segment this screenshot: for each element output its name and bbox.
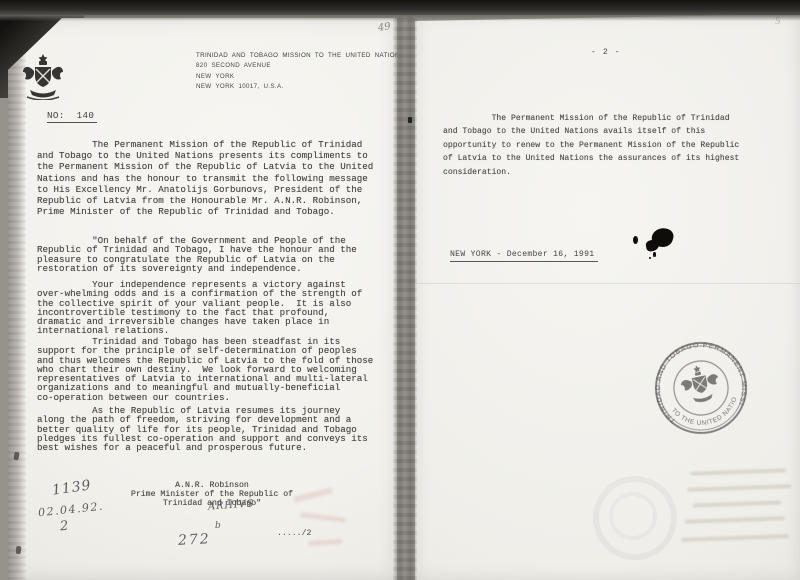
text-line: Prime Minister of the Republic of Trinid… (37, 206, 373, 217)
reference-number: NO: 140 (47, 110, 97, 123)
text-line: A.N.R. Robinson (121, 481, 303, 490)
text-line: the Permanent Mission of the Republic of… (37, 161, 373, 172)
letter-page-2: - 2 - 5 The Permanent Mission of the Rep… (415, 14, 800, 580)
ink-blot-speck (649, 257, 651, 259)
text-line: to His Excellency Mr. Anatolijs Gorbunov… (37, 184, 373, 195)
text-line: international relations. (37, 326, 362, 335)
paragraph-5: As the Republic of Latvia resumes its jo… (37, 406, 368, 452)
page-seam (393, 0, 417, 580)
ink-bleedthrough (308, 539, 342, 546)
text-line: The Permanent Mission of the Republic of… (37, 139, 373, 150)
bleedthrough-stamp (593, 476, 677, 560)
letter-page-1: TRINIDAD AND TOBAGO MISSION TO THE UNITE… (8, 18, 397, 580)
letterhead: TRINIDAD AND TOBAGO MISSION TO THE UNITE… (196, 51, 404, 93)
letterhead-org: TRINIDAD AND TOBAGO MISSION TO THE UNITE… (196, 51, 404, 61)
bleedthrough-writing (681, 534, 789, 542)
bleedthrough-writing (690, 468, 786, 475)
text-line: co-operation between our countries. (37, 393, 373, 402)
text-line: The Permanent Mission of the Republic of… (443, 112, 739, 125)
ink-bleedthrough (300, 512, 346, 523)
letterhead-address-2: NEW YORK (196, 72, 404, 82)
paragraph-2: "On behalf of the Government and People … (37, 236, 357, 273)
ink-blot (630, 224, 685, 279)
paragraph-1: The Permanent Mission of the Republic of… (37, 139, 373, 217)
scanner-bed-top (0, 0, 800, 15)
text-line: opportunity to renew to the Permanent Mi… (443, 139, 739, 152)
ink-blot-blob (645, 239, 660, 252)
coat-of-arms-icon (22, 54, 64, 100)
dateline: NEW YORK - December 16, 1991 (450, 250, 598, 259)
pencil-page-mark: 49 (377, 21, 391, 34)
mission-seal-stamp-icon: TRINIDAD AND TOBAGO PERMANENT MISSION TO… (636, 323, 766, 453)
closing-paragraph: The Permanent Mission of the Republic of… (443, 112, 739, 179)
paragraph-3: Your independence represents a victory a… (37, 280, 362, 336)
page-binding-edge (8, 52, 26, 580)
bleedthrough-writing (685, 516, 785, 523)
staple-mark (16, 546, 22, 554)
paper-crease (415, 282, 800, 284)
text-line: best wishes for a peaceful and prosperou… (37, 443, 368, 452)
text-line: of Latvia to the United Nations the assu… (443, 152, 739, 165)
letterhead-address-3: NEW YORK 10017, U.S.A. (196, 82, 404, 92)
handwritten-copy-number: 2 (59, 519, 69, 535)
continuation-mark: ...../2 (277, 529, 311, 538)
text-line: restoration of its sovereignty and indep… (37, 264, 357, 273)
paragraph-4: Trinidad and Tobago has been steadfast i… (37, 337, 373, 402)
text-line: Nations and has the honour to transmit t… (37, 173, 373, 184)
text-line: and Tobago to the United Nations present… (37, 150, 373, 161)
dateline-text: NEW YORK - December 16, 1991 (450, 250, 598, 262)
handwritten-archive-note: ARHIVS (208, 498, 255, 512)
handwritten-date: 02.04.92. (38, 500, 105, 520)
bleedthrough-writing (687, 484, 791, 492)
handwritten-mark: b (215, 521, 221, 531)
text-line: consideration. (443, 166, 739, 179)
dust-speck (408, 117, 412, 123)
handwritten-ref-number: 1139 (51, 477, 92, 498)
page-number: - 2 - (591, 48, 621, 57)
ink-blot-dot (633, 236, 638, 244)
handwritten-number: 272 (178, 531, 212, 549)
scanned-letter-document: TRINIDAD AND TOBAGO MISSION TO THE UNITE… (0, 0, 800, 580)
ink-blot-speck (653, 252, 656, 257)
bleedthrough-writing (693, 500, 781, 507)
letterhead-address-1: 820 SECOND AVENUE (196, 61, 404, 71)
text-line: Republic of Latvia from the Honourable M… (37, 195, 373, 206)
text-line: and Tobago to the United Nations avails … (443, 125, 739, 138)
scanner-bed-grain (0, 15, 800, 21)
